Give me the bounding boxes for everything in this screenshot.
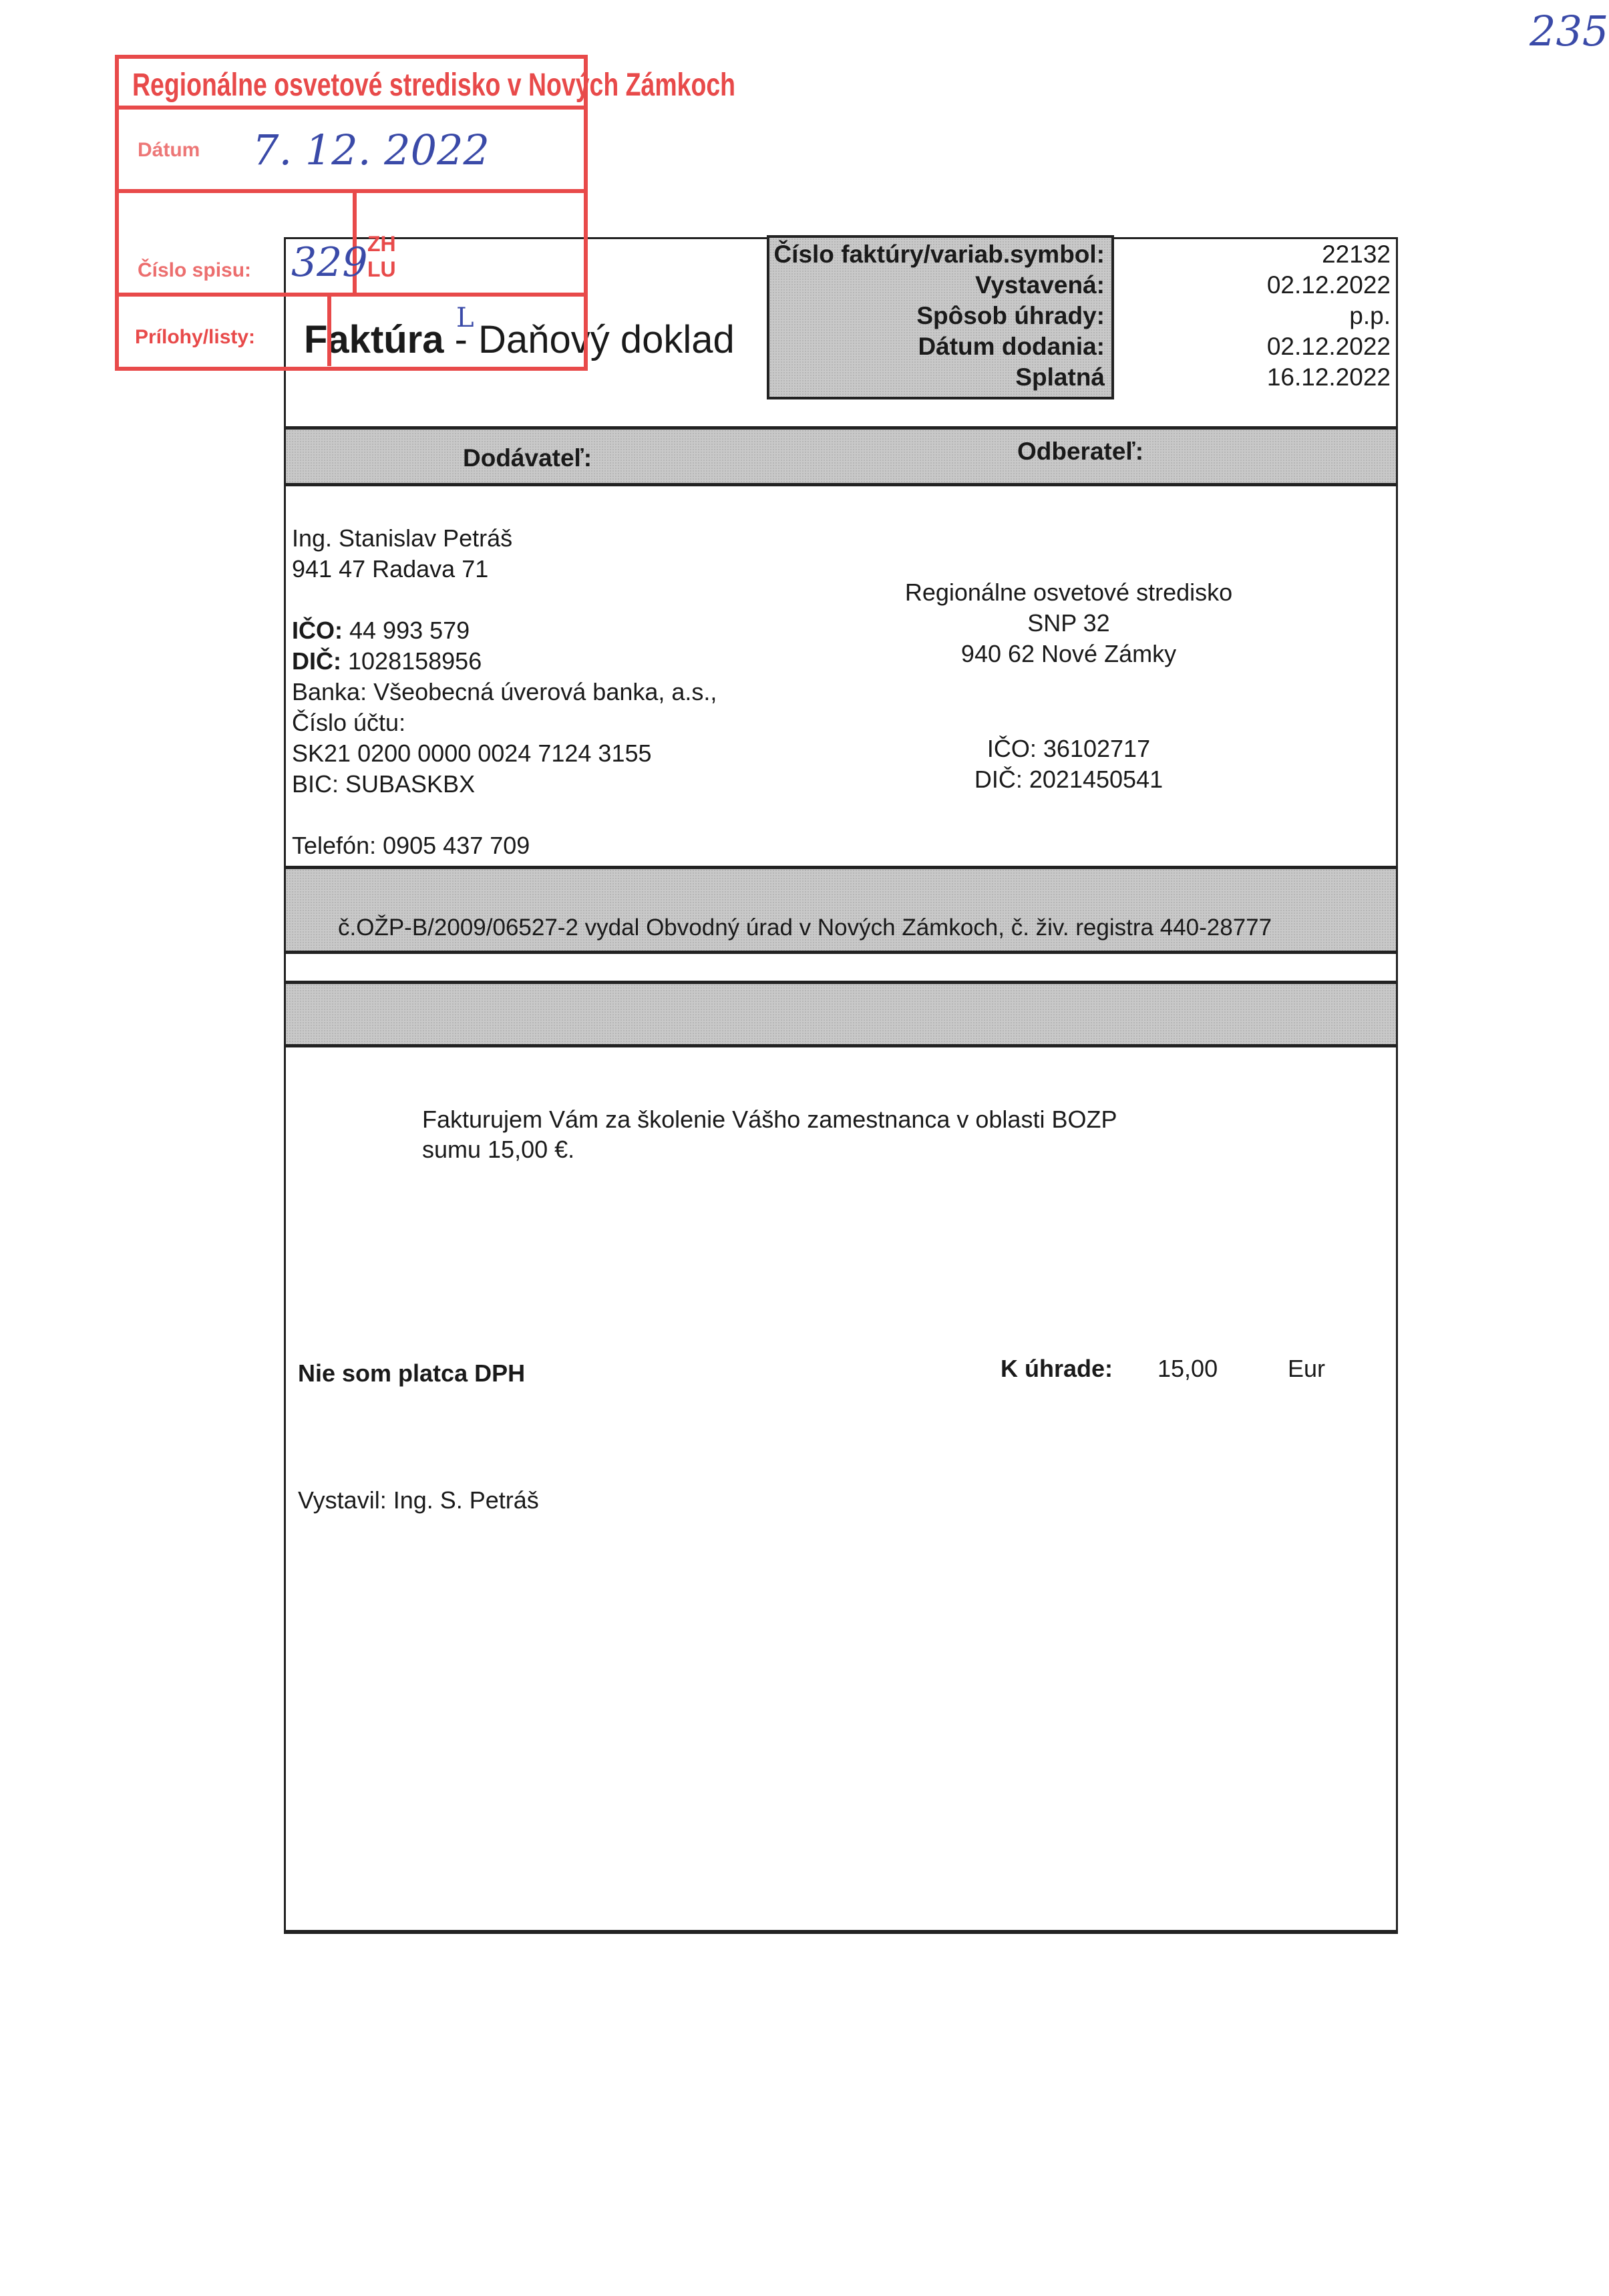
customer-city: 940 62 Nové Zámky	[835, 640, 1302, 668]
stamp-date-label: Dátum	[138, 139, 200, 162]
stamp-dept: ZHLU	[367, 231, 396, 282]
supplier-dic-value: 1028158956	[341, 647, 482, 675]
stamp-date-value: 7. 12. 2022	[252, 126, 490, 174]
supplier-dic-label: DIČ:	[292, 647, 341, 675]
parties-header-band: Dodávateľ: Odberateľ:	[286, 426, 1396, 486]
invoice-info-values: 22132 02.12.2022 p.p. 02.12.2022 16.12.2…	[1114, 235, 1395, 399]
registry-stamp: Regionálne osvetové stredisko v Nových Z…	[115, 55, 588, 371]
stamp-registry-value: 329	[291, 239, 368, 286]
invoice-number-value: 22132	[1322, 240, 1391, 269]
registry-band: č.OŽP-B/2009/06527-2 vydal Obvodný úrad …	[286, 866, 1396, 954]
stamp-registry-label: Číslo spisu:	[138, 259, 251, 282]
total-currency: Eur	[1288, 1355, 1325, 1383]
vat-note: Nie som platca DPH	[298, 1359, 525, 1387]
handwritten-page-number: 235	[1530, 7, 1608, 55]
supplier-account-label: Číslo účtu:	[292, 709, 405, 737]
delivery-date-label: Dátum dodania:	[918, 333, 1105, 361]
supplier-bic: BIC: SUBASKBX	[292, 770, 475, 798]
registry-note: č.OŽP-B/2009/06527-2 vydal Obvodný úrad …	[338, 915, 1272, 941]
supplier-ico-value: 44 993 579	[343, 617, 470, 644]
stamp-dept-line-1: ZH	[367, 232, 396, 256]
supplier-ico: IČO: 44 993 579	[292, 617, 470, 645]
stamp-attachments-mark: L	[456, 303, 474, 333]
customer-name: Regionálne osvetové stredisko	[835, 579, 1302, 607]
customer-street: SNP 32	[835, 609, 1302, 637]
delivery-date-value: 02.12.2022	[1267, 333, 1391, 361]
payment-method-label: Spôsob úhrady:	[916, 302, 1105, 330]
due-date-label: Splatná	[1015, 363, 1105, 391]
supplier-iban: SK21 0200 0000 0024 7124 3155	[292, 740, 652, 768]
supplier-name: Ing. Stanislav Petráš	[292, 524, 512, 552]
issued-value: 02.12.2022	[1267, 271, 1391, 299]
issued-by: Vystavil: Ing. S. Petráš	[298, 1486, 539, 1514]
description-line-2: sumu 15,00 €.	[422, 1136, 574, 1164]
customer-dic: DIČ: 2021450541	[835, 766, 1302, 794]
supplier-phone: Telefón: 0905 437 709	[292, 832, 530, 860]
supplier-ico-label: IČO:	[292, 617, 343, 644]
invoice-info-labels: Číslo faktúry/variab.symbol: Vystavená: …	[767, 235, 1114, 399]
invoice-number-label: Číslo faktúry/variab.symbol:	[773, 240, 1105, 269]
stamp-dept-line-2: LU	[367, 257, 396, 281]
supplier-dic: DIČ: 1028158956	[292, 647, 482, 675]
items-header-band	[286, 981, 1396, 1047]
issued-label: Vystavená:	[975, 271, 1105, 299]
due-date-value: 16.12.2022	[1267, 363, 1391, 391]
customer-heading: Odberateľ:	[1017, 438, 1143, 466]
stamp-attachments-label: Prílohy/listy:	[135, 326, 255, 349]
stamp-organization: Regionálne osvetové stredisko v Nových Z…	[132, 67, 735, 104]
total-label: K úhrade:	[1001, 1355, 1113, 1383]
payment-method-value: p.p.	[1349, 302, 1391, 330]
supplier-address: 941 47 Radava 71	[292, 555, 488, 583]
total-amount: 15,00	[1157, 1355, 1218, 1383]
customer-ico: IČO: 36102717	[835, 735, 1302, 763]
description-line-1: Fakturujem Vám za školenie Vášho zamestn…	[422, 1106, 1117, 1134]
supplier-bank: Banka: Všeobecná úverová banka, a.s.,	[292, 678, 717, 706]
invoice-frame	[284, 237, 1398, 1934]
supplier-heading: Dodávateľ:	[463, 444, 592, 472]
